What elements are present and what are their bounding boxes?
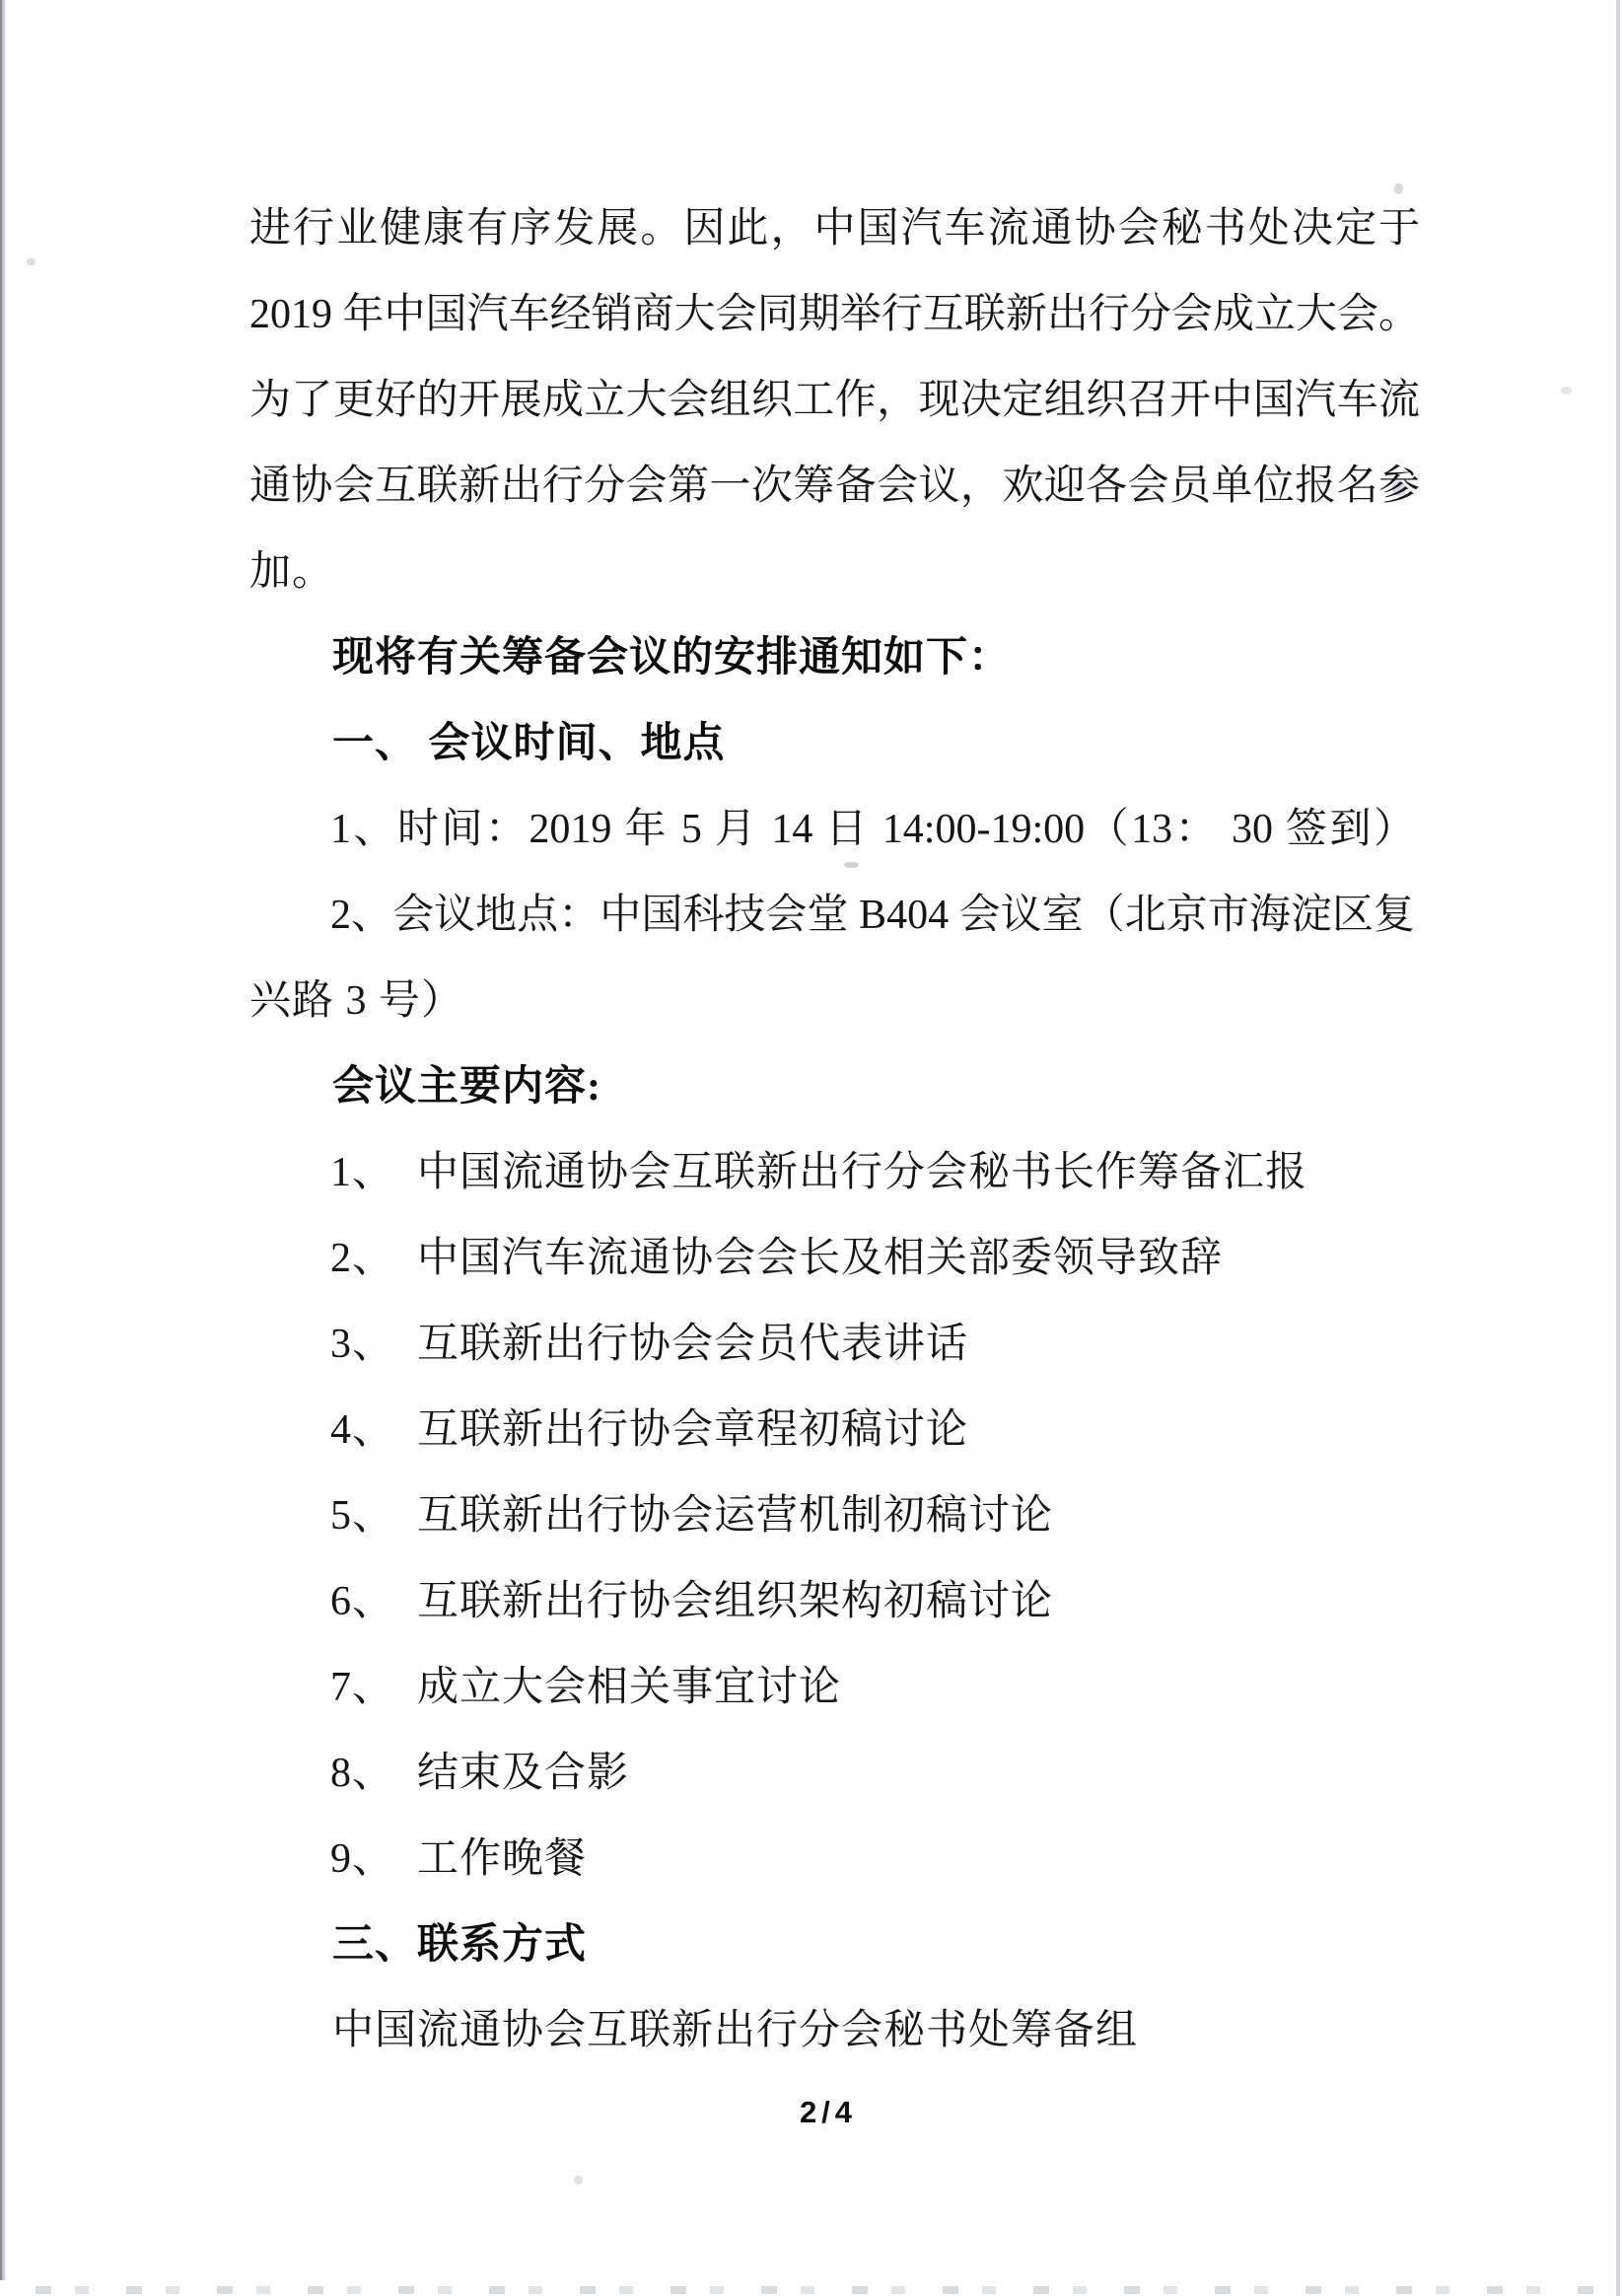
scan-speck (27, 258, 35, 265)
text-line: 8、 结束及合影 (330, 1748, 629, 1799)
scan-edge-artifact-right (1616, 0, 1620, 2296)
text-line: 三、联系方式 (332, 1919, 587, 1971)
text-line: 3、 互联新出行协会会员代表讲话 (330, 1319, 968, 1370)
text-line: 1、时间：2019 年 5 月 14 日 14:00-19:00（13： 30 … (330, 804, 1415, 855)
scan-edge-artifact-left (0, 0, 6, 2280)
scan-edge-artifact-bottom (35, 2286, 1609, 2294)
text-line: 兴路 3 号） (249, 975, 463, 1027)
text-line: 5、 互联新出行协会运营机制初稿讨论 (330, 1490, 1053, 1542)
scan-speck (574, 2176, 583, 2185)
text-line: 4、 互联新出行协会章程初稿讨论 (330, 1404, 968, 1456)
text-line: 7、 成立大会相关事宜讨论 (330, 1662, 841, 1713)
page-number: 2/4 (759, 2093, 897, 2132)
text-line: 2、会议地点：中国科技会堂 B404 会议室（北京市海淀区复 (330, 890, 1415, 941)
text-line: 2、 中国汽车流通协会会长及相关部委领导致辞 (330, 1233, 1223, 1284)
text-line: 现将有关筹备会议的安排通知如下： (332, 632, 1011, 683)
text-line: 为了更好的开展成立大会组织工作，现决定组织召开中国汽车流 (249, 375, 1420, 426)
text-line: 加。 (249, 546, 334, 598)
text-line: 2019 年中国汽车经销商大会同期举行互联新出行分会成立大会。 (249, 289, 1420, 340)
scan-speck (1561, 387, 1572, 395)
document-scan-page: 进行业健康有序发展。因此，中国汽车流通协会秘书处决定于2019 年中国汽车经销商… (0, 0, 1623, 2296)
text-line: 通协会互联新出行分会第一次筹备会议，欢迎各会员单位报名参 (249, 461, 1420, 512)
text-line: 会议主要内容: (332, 1061, 601, 1112)
text-line: 6、 互联新出行协会组织架构初稿讨论 (330, 1576, 1053, 1627)
text-line: 一、 会议时间、地点 (332, 718, 726, 769)
text-line: 中国流通协会互联新出行分会秘书处筹备组 (332, 2005, 1138, 2056)
text-line: 9、 工作晚餐 (330, 1833, 587, 1885)
text-line: 进行业健康有序发展。因此，中国汽车流通协会秘书处决定于 (249, 203, 1420, 254)
scan-speck (844, 862, 859, 868)
scan-speck (1394, 183, 1403, 194)
text-line: 1、 中国流通协会互联新出行分会秘书长作筹备汇报 (330, 1147, 1307, 1198)
